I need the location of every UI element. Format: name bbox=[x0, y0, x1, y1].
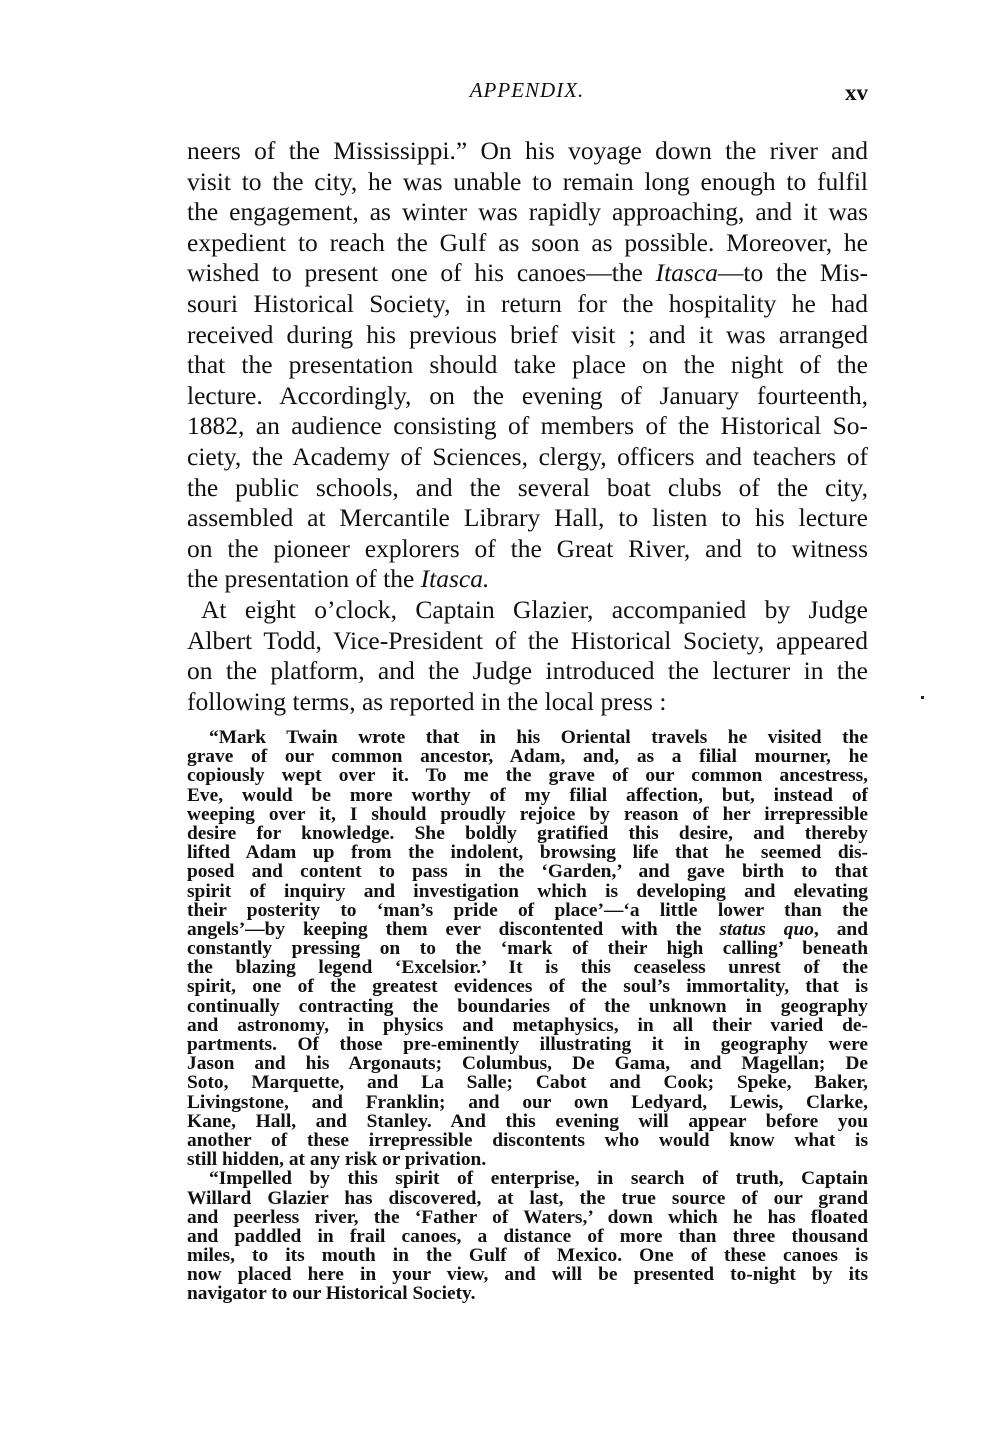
quote-line: and astronomy, in physics and metaphysic… bbox=[187, 1016, 868, 1035]
quote-line: posed and content to pass in the ‘Garden… bbox=[187, 862, 868, 881]
quote-line: Eve, would be more worthy of my filial a… bbox=[187, 786, 868, 805]
running-title: APPENDIX. bbox=[186, 78, 868, 103]
quote-line: Livingstone, and Franklin; and our own L… bbox=[187, 1093, 868, 1112]
quote-line: now placed here in your view, and will b… bbox=[187, 1265, 868, 1284]
quote-line: weeping over it, I should proudly rejoic… bbox=[187, 805, 868, 824]
text-line: visit to the city, he was unable to rema… bbox=[187, 167, 868, 198]
running-head: APPENDIX. xv bbox=[186, 78, 868, 108]
quote-line: desire for knowledge. She boldly gratifi… bbox=[187, 824, 868, 843]
quote-line: spirit of inquiry and investigation whic… bbox=[187, 882, 868, 901]
text-line: souri Historical Society, in return for … bbox=[187, 289, 868, 320]
quote-line: partments. Of those pre-eminently illust… bbox=[187, 1035, 868, 1054]
quote-line: Jason and his Argonauts; Columbus, De Ga… bbox=[187, 1054, 868, 1073]
block-quotation: “Mark Twain wrote that in his Oriental t… bbox=[187, 728, 868, 1304]
quote-line: Kane, Hall, and Stanley. And this evenin… bbox=[187, 1112, 868, 1131]
text-line: Albert Todd, Vice-President of the Histo… bbox=[187, 626, 868, 657]
quote-line: constantly pressing on to the ‘mark of t… bbox=[187, 939, 868, 958]
quote-line: copiously wept over it. To me the grave … bbox=[187, 766, 868, 785]
text-line: 1882, an audience consisting of members … bbox=[187, 411, 868, 442]
scan-speck bbox=[921, 696, 924, 699]
quote-line: “Impelled by this spirit of enterprise, … bbox=[187, 1169, 868, 1188]
text-line: the public schools, and the several boat… bbox=[187, 473, 868, 504]
text-line: ciety, the Academy of Sciences, clergy, … bbox=[187, 442, 868, 473]
text-line: on the pioneer explorers of the Great Ri… bbox=[187, 534, 868, 565]
italic-phrase: Itasca. bbox=[421, 564, 490, 593]
text-line: the presentation of the Itasca. bbox=[187, 564, 868, 595]
quote-line: Willard Glazier has discovered, at last,… bbox=[187, 1189, 868, 1208]
quote-line: and paddled in frail canoes, a distance … bbox=[187, 1227, 868, 1246]
quote-line: grave of our common ancestor, Adam, and,… bbox=[187, 747, 868, 766]
quote-line: continually contracting the boundaries o… bbox=[187, 997, 868, 1016]
text-line: the engagement, as winter was rapidly ap… bbox=[187, 197, 868, 228]
main-body-text: neers of the Mississippi.” On his voyage… bbox=[187, 136, 868, 717]
quote-line: lifted Adam up from the indolent, browsi… bbox=[187, 843, 868, 862]
quote-line: miles, to its mouth in the Gulf of Mexic… bbox=[187, 1246, 868, 1265]
italic-phrase: status quo bbox=[719, 919, 813, 940]
quote-line: “Mark Twain wrote that in his Oriental t… bbox=[187, 728, 868, 747]
text-line: At eight o’clock, Captain Glazier, accom… bbox=[187, 595, 868, 626]
text-line: wished to present one of his canoes—the … bbox=[187, 258, 868, 289]
text-line: neers of the Mississippi.” On his voyage… bbox=[187, 136, 868, 167]
text-line: expedient to reach the Gulf as soon as p… bbox=[187, 228, 868, 259]
book-page: APPENDIX. xv neers of the Mississippi.” … bbox=[0, 0, 1000, 1451]
quote-line: navigator to our Historical Society. bbox=[187, 1284, 868, 1303]
italic-phrase: Itasca bbox=[656, 258, 718, 287]
quote-line: still hidden, at any risk or privation. bbox=[187, 1150, 868, 1169]
page-number: xv bbox=[845, 80, 868, 106]
quote-line: spirit, one of the greatest evidences of… bbox=[187, 977, 868, 996]
quote-line: Soto, Marquette, and La Salle; Cabot and… bbox=[187, 1073, 868, 1092]
text-line: assembled at Mercantile Library Hall, to… bbox=[187, 503, 868, 534]
quote-line: angels’—by keeping them ever discontente… bbox=[187, 920, 868, 939]
quote-line: their posterity to ‘man’s pride of place… bbox=[187, 901, 868, 920]
text-line: that the presentation should take place … bbox=[187, 350, 868, 381]
quote-line: and peerless river, the ‘Father of Water… bbox=[187, 1208, 868, 1227]
quote-line: the blazing legend ‘Excelsior.’ It is th… bbox=[187, 958, 868, 977]
text-line: lecture. Accordingly, on the evening of … bbox=[187, 381, 868, 412]
text-line: received during his previous brief visit… bbox=[187, 320, 868, 351]
text-line: following terms, as reported in the loca… bbox=[187, 687, 868, 718]
text-line: on the platform, and the Judge introduce… bbox=[187, 656, 868, 687]
quote-line: another of these irrepressible disconten… bbox=[187, 1131, 868, 1150]
